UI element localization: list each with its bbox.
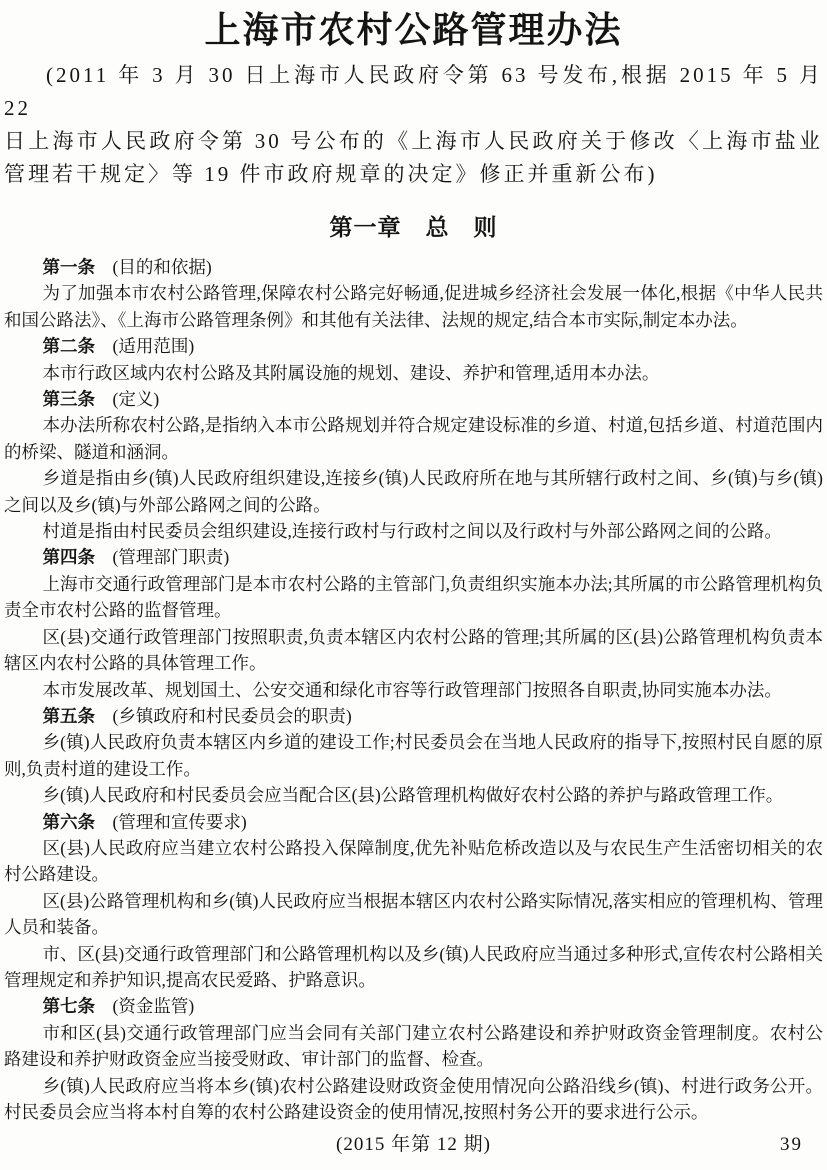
article-number: 第一条 (43, 257, 96, 277)
article-caption: (适用范围) (113, 336, 195, 356)
article-caption: (管理部门职责) (113, 547, 230, 567)
body-paragraph: 本办法所称农村公路,是指纳入本市公路规划并符合规定建设标准的乡道、村道,包括乡道… (4, 412, 823, 465)
page-number: 39 (780, 1132, 803, 1158)
article-heading: 第六条(管理和宣传要求) (4, 809, 823, 835)
body-paragraph: 本市行政区域内农村公路及其附属设施的规划、建设、养护和管理,适用本办法。 (4, 360, 823, 386)
chapter-heading: 第一章 总 则 (4, 213, 823, 242)
article-heading: 第五条(乡镇政府和村民委员会的职责) (4, 703, 823, 729)
article-heading: 第七条(资金监管) (4, 993, 823, 1019)
article-number: 第五条 (43, 706, 96, 726)
page-title: 上海市农村公路管理办法 (4, 8, 823, 53)
body-paragraph: 乡(镇)人民政府和村民委员会应当配合区(县)公路管理机构做好农村公路的养护与路政… (4, 782, 823, 808)
body-paragraph: 区(县)人民政府应当建立农村公路投入保障制度,优先补贴危桥改造以及与农民生产生活… (4, 835, 823, 888)
article-number: 第三条 (43, 389, 96, 409)
body-paragraph: 乡(镇)人民政府应当将本乡(镇)农村公路建设财政资金使用情况向公路沿线乡(镇)、… (4, 1073, 823, 1126)
issue-label: (2015 年第 12 期) (0, 1132, 827, 1158)
document-body: 第一条(目的和依据) 为了加强本市农村公路管理,保障农村公路完好畅通,促进城乡经… (4, 254, 823, 1125)
article-heading: 第二条(适用范围) (4, 333, 823, 359)
article-caption: (管理和宣传要求) (113, 812, 247, 832)
body-paragraph: 区(县)交通行政管理部门按照职责,负责本辖区内农村公路的管理;其所属的区(县)公… (4, 624, 823, 677)
body-paragraph: 区(县)公路管理机构和乡(镇)人民政府应当根据本辖区内农村公路实际情况,落实相应… (4, 888, 823, 941)
article-number: 第六条 (43, 812, 96, 832)
article-caption: (定义) (113, 389, 160, 409)
article-heading: 第四条(管理部门职责) (4, 544, 823, 570)
page-footer: (2015 年第 12 期) 39 (0, 1132, 827, 1158)
body-paragraph: 市和区(县)交通行政管理部门应当会同有关部门建立农村公路建设和养护财政资金管理制… (4, 1020, 823, 1073)
body-paragraph: 市、区(县)交通行政管理部门和公路管理机构以及乡(镇)人民政府应当通过多种形式,… (4, 941, 823, 994)
article-number: 第二条 (43, 336, 96, 356)
preamble: (2011 年 3 月 30 日上海市人民政府令第 63 号发布,根据 2015… (4, 59, 823, 191)
preamble-line: 管理若干规定〉等 19 件市政府规章的决定》修正并重新公布) (4, 158, 823, 191)
document-page: 上海市农村公路管理办法 (2011 年 3 月 30 日上海市人民政府令第 63… (0, 0, 827, 1170)
body-paragraph: 乡(镇)人民政府负责本辖区内乡道的建设工作;村民委员会在当地人民政府的指导下,按… (4, 729, 823, 782)
article-number: 第七条 (43, 996, 96, 1016)
body-paragraph: 上海市交通行政管理部门是本市农村公路的主管部门,负责组织实施本办法;其所属的市公… (4, 571, 823, 624)
body-paragraph: 为了加强本市农村公路管理,保障农村公路完好畅通,促进城乡经济社会发展一体化,根据… (4, 280, 823, 333)
body-paragraph: 本市发展改革、规划国土、公安交通和绿化市容等行政管理部门按照各自职责,协同实施本… (4, 677, 823, 703)
preamble-line: (2011 年 3 月 30 日上海市人民政府令第 63 号发布,根据 2015… (4, 59, 823, 125)
article-caption: (目的和依据) (113, 257, 212, 277)
article-caption: (乡镇政府和村民委员会的职责) (113, 706, 352, 726)
body-paragraph: 村道是指由村民委员会组织建设,连接行政村与行政村之间以及行政村与外部公路网之间的… (4, 518, 823, 544)
article-caption: (资金监管) (113, 996, 195, 1016)
preamble-line: 日上海市人民政府令第 30 号公布的《上海市人民政府关于修改〈上海市盐业 (4, 125, 823, 158)
article-heading: 第三条(定义) (4, 386, 823, 412)
article-number: 第四条 (43, 547, 96, 567)
article-heading: 第一条(目的和依据) (4, 254, 823, 280)
body-paragraph: 乡道是指由乡(镇)人民政府组织建设,连接乡(镇)人民政府所在地与其所辖行政村之间… (4, 465, 823, 518)
